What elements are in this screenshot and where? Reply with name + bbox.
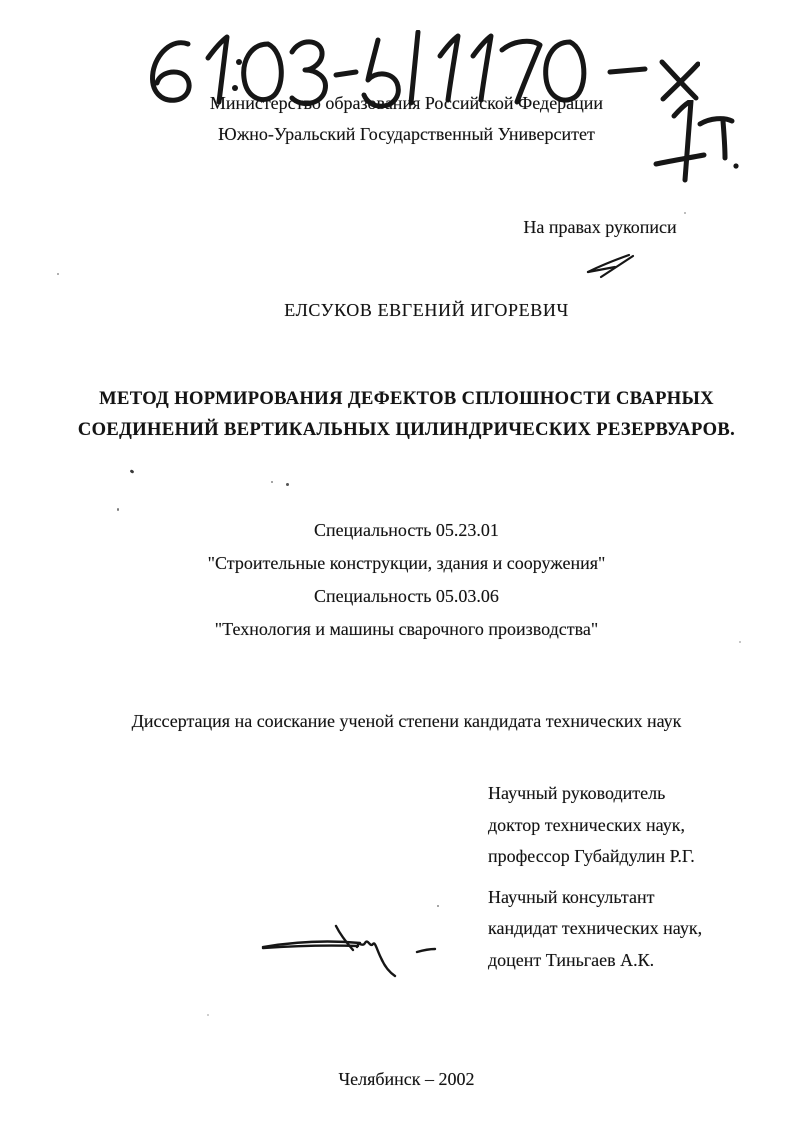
dissertation-title-page: Министерство образования Российской Феде… [0, 0, 793, 1122]
scan-speckle [207, 1014, 209, 1016]
specialty-1-label: Специальность 05.23.01 [30, 514, 783, 547]
supervisor-block: Научный руководитель доктор технических … [488, 778, 778, 873]
consultant-block: Научный консультант кандидат технических… [488, 882, 778, 977]
signature [258, 920, 443, 985]
specialty-1-name: "Строительные конструкции, здания и соор… [30, 547, 783, 580]
supervisor-role: Научный руководитель [488, 778, 778, 810]
scan-speckle [437, 905, 439, 907]
consultant-name: доцент Тиньгаев А.К. [488, 945, 778, 977]
scan-speckle [271, 481, 273, 483]
specialty-2-label: Специальность 05.03.06 [30, 580, 783, 613]
specialty-2-name: "Технология и машины сварочного производ… [30, 613, 783, 646]
city-year: Челябинск – 2002 [30, 1069, 783, 1090]
dissertation-title-line1: МЕТОД НОРМИРОВАНИЯ ДЕФЕКТОВ СПЛОШНОСТИ С… [30, 389, 783, 410]
specialties-block: Специальность 05.23.01 "Строительные кон… [30, 514, 783, 646]
signature-mark-small [585, 252, 640, 282]
supervisor-name: профессор Губайдулин Р.Г. [488, 841, 778, 873]
university-line: Южно-Уральский Государственный Университ… [30, 124, 783, 145]
supervisor-degree: доктор технических наук, [488, 810, 778, 842]
handwritten-copy-mark [648, 100, 743, 200]
scan-speckle [739, 641, 741, 643]
scan-speckle [117, 508, 119, 511]
scan-speckle [684, 212, 686, 214]
degree-statement: Диссертация на соискание ученой степени … [30, 711, 783, 732]
advisors-column: Научный руководитель доктор технических … [488, 778, 778, 976]
scan-speckle [286, 483, 289, 486]
scan-speckle [57, 273, 59, 275]
dissertation-title-line2: СОЕДИНЕНИЙ ВЕРТИКАЛЬНЫХ ЦИЛИНДРИЧЕСКИХ Р… [30, 420, 783, 441]
ministry-line: Министерство образования Российской Феде… [30, 93, 783, 114]
manuscript-rights-note: На правах рукописи [505, 217, 695, 238]
scan-speckle [130, 469, 135, 474]
consultant-degree: кандидат технических наук, [488, 913, 778, 945]
author-name: ЕЛСУКОВ ЕВГЕНИЙ ИГОРЕВИЧ [50, 300, 793, 321]
consultant-role: Научный консультант [488, 882, 778, 914]
